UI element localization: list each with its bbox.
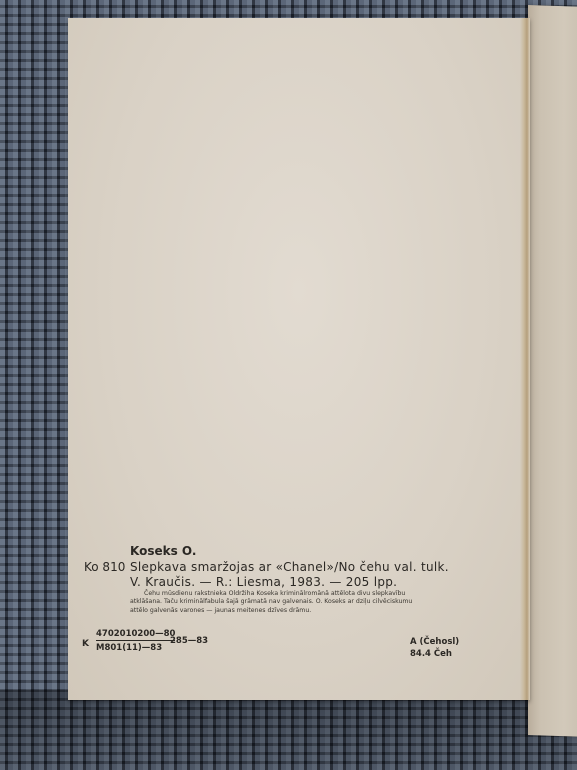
imprint-line: V. Kraučis. — R.: Liesma, 1983. — 205 lp… bbox=[130, 575, 397, 589]
order-number: 285—83 bbox=[170, 636, 208, 646]
annotation-line: atklāšana. Taču kriminālfabula šajā grām… bbox=[130, 598, 470, 606]
book-page: Koseks O. Ko 810 Slepkava smaržojas ar «… bbox=[68, 18, 530, 700]
back-cover-board bbox=[528, 5, 577, 737]
page-spine-edge bbox=[520, 18, 530, 700]
call-number: Ko 810 bbox=[84, 560, 125, 574]
fraction-numerator: 4702010200—80 bbox=[96, 629, 175, 641]
annotation-line: attēlo galvenās varones — jaunas meitene… bbox=[130, 607, 470, 615]
classification-code: A (Čehosl) bbox=[410, 636, 459, 648]
fraction-denominator: M801(11)—83 bbox=[96, 641, 175, 653]
classification: A (Čehosl) 84.4 Čeh bbox=[410, 636, 459, 660]
mat-shadow bbox=[0, 690, 577, 770]
k-label: K bbox=[82, 639, 89, 649]
index-fraction: 4702010200—80 M801(11)—83 bbox=[96, 629, 175, 653]
author-name: Koseks O. bbox=[130, 544, 196, 558]
classification-code: 84.4 Čeh bbox=[410, 648, 459, 660]
annotation: Čehu mūsdienu rakstnieka Oldržiha Koseka… bbox=[130, 590, 470, 615]
title-line: Slepkava smaržojas ar «Chanel»/No čehu v… bbox=[130, 560, 449, 574]
